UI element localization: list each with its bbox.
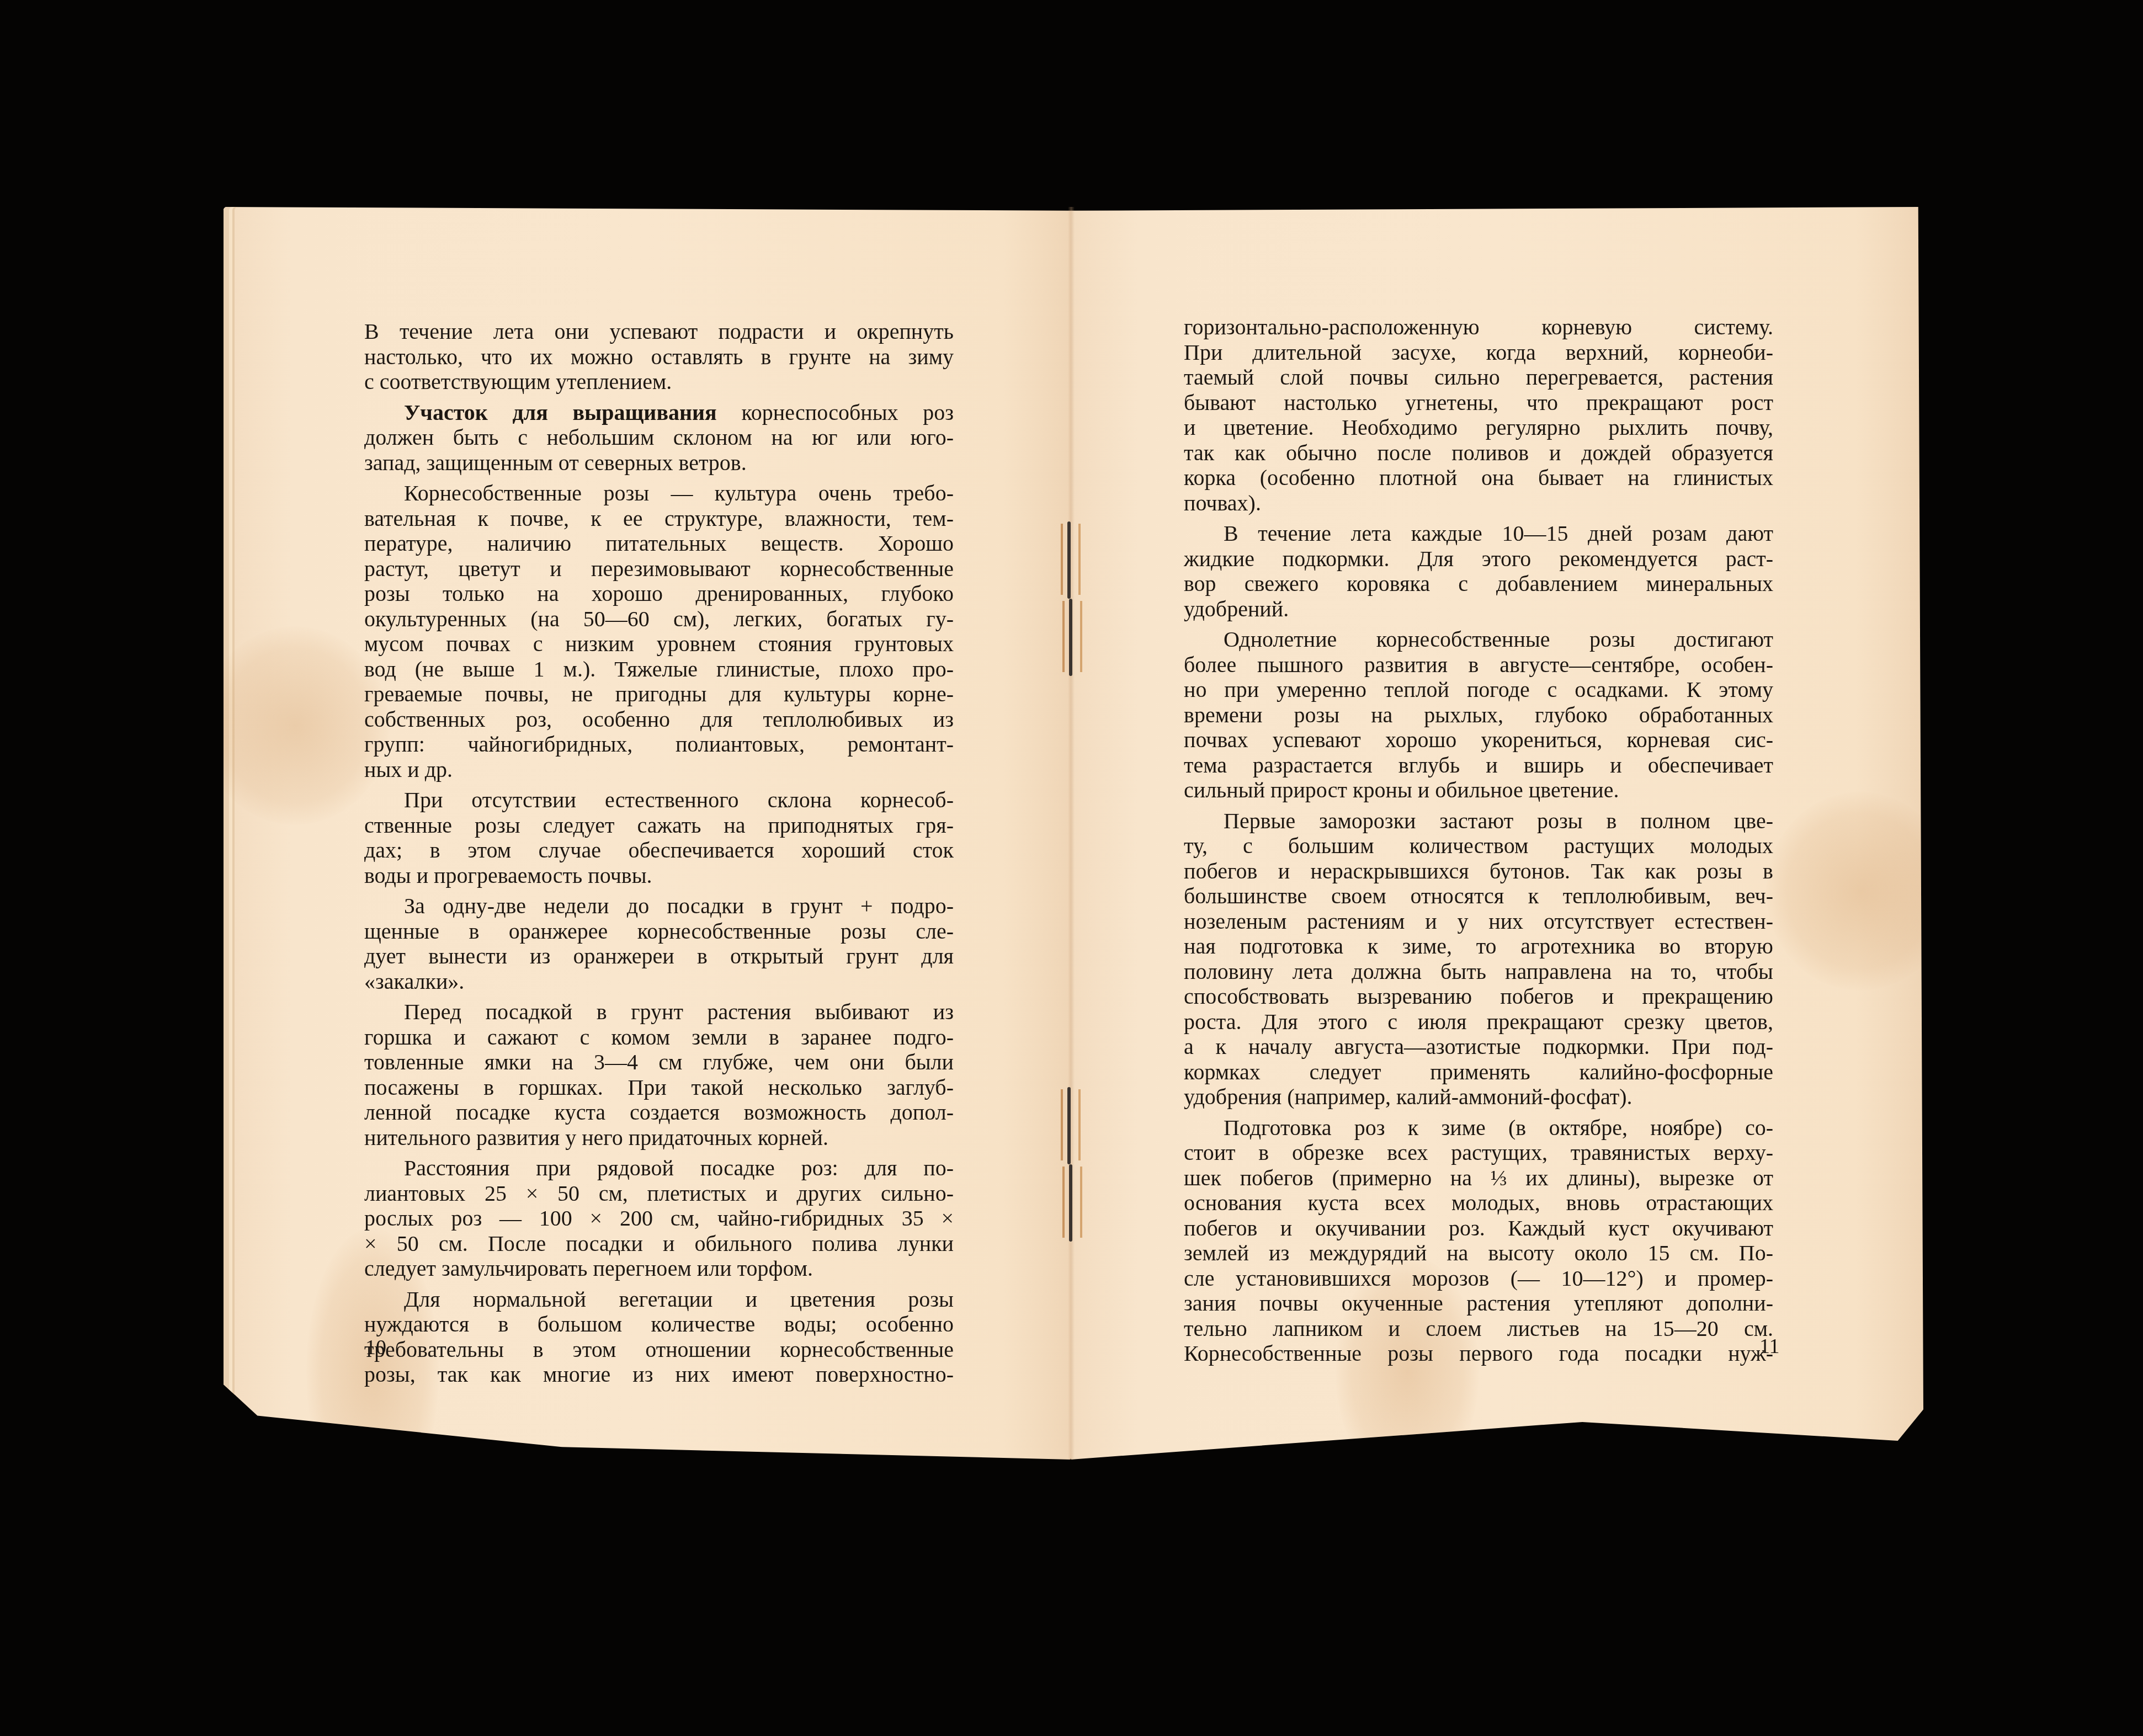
text-line: ная подготовка к зиме, то агротехника во…: [1184, 934, 1773, 959]
text-line: и цветение. Необходимо регулярно рыхлить…: [1184, 415, 1773, 440]
text-line: сильный прирост кроны и обильное цветени…: [1184, 778, 1773, 803]
text-line: греваемые почвы, не пригодны для культур…: [364, 681, 954, 707]
text-line: вательная к почве, к ее структуре, влажн…: [364, 506, 954, 531]
text-line: воды и прогреваемость почвы.: [364, 863, 954, 888]
text-line: За одну-две недели до посадки в грунт + …: [364, 893, 954, 919]
text-line: а к началу августа—азотистые подкормки. …: [1184, 1034, 1773, 1059]
text-line: бывают настолько угнетены, что прекращаю…: [1184, 390, 1773, 416]
text-line: собственных роз, особенно для теплолюбив…: [364, 707, 954, 732]
text-line: вор свежего коровяка с добавлением минер…: [1184, 571, 1773, 597]
text-line: ту, с большим количеством растущих молод…: [1184, 833, 1773, 859]
text-line: почвах успевают хорошо укорениться, корн…: [1184, 727, 1773, 753]
text-line: Корнесобственные розы — культура очень т…: [364, 481, 954, 506]
left-page: В течение лета они успевают подрасти и о…: [224, 207, 1071, 1460]
text-line: Участок для выращивания корнеспособных р…: [364, 400, 954, 425]
text-line: Расстояния при рядовой посадке роз: для …: [364, 1155, 954, 1181]
text-line: растут, цветут и перезимовывают корнесоб…: [364, 556, 954, 582]
text-line: окультуренных (на 50—60 см), легких, бог…: [364, 606, 954, 632]
water-stain: [201, 626, 389, 825]
text-line: нозеленым растениям и у них отсутствует …: [1184, 909, 1773, 934]
text-line: Перед посадкой в грунт растения выбивают…: [364, 999, 954, 1025]
text-line: землей из междурядий на высоту около 15 …: [1184, 1240, 1773, 1266]
text-line: но при умеренно теплой погоде с осадками…: [1184, 677, 1773, 702]
text-line: пературе, наличию питательных веществ. Х…: [364, 531, 954, 556]
text-line: Подготовка роз к зиме (в октябре, ноябре…: [1184, 1115, 1773, 1141]
text-line: тельно лапником и слоем листьев на 15—20…: [1184, 1316, 1773, 1341]
text-line: дует вынести из оранжереи в открытый гру…: [364, 944, 954, 969]
text-line: более пышного развития в августе—сентябр…: [1184, 652, 1773, 678]
text-line: стоит в обрезке всех растущих, травянист…: [1184, 1140, 1773, 1165]
text-line: должен быть с небольшим склоном на юг ил…: [364, 425, 954, 450]
right-page-text: горизонтально-расположенную корневую сис…: [1184, 315, 1773, 1366]
text-line: большинстве своем относятся к теплолюбив…: [1184, 883, 1773, 909]
text-line: При длительной засухе, когда верхний, ко…: [1184, 340, 1773, 365]
text-line: сле установившихся морозов (— 10—12°) и …: [1184, 1266, 1773, 1291]
left-page-text: В течение лета они успевают подрасти и о…: [364, 319, 954, 1387]
text-line: горизонтально-расположенную корневую сис…: [1184, 315, 1773, 340]
text-line: Первые заморозки застают розы в полном ц…: [1184, 808, 1773, 834]
text-line: «закалки».: [364, 969, 954, 994]
text-line: В течение лета каждые 10—15 дней розам д…: [1184, 521, 1773, 546]
text-line: требовательны в этом отношении корнесобс…: [364, 1337, 954, 1362]
text-line: основания куста всех молодых, вновь отра…: [1184, 1190, 1773, 1216]
text-line: времени розы на рыхлых, глубоко обработа…: [1184, 702, 1773, 728]
staple-icon: [1059, 1087, 1078, 1164]
text-line: щенные в оранжерее корнесобственные розы…: [364, 919, 954, 944]
text-line: способствовать вызреванию побегов и прек…: [1184, 984, 1773, 1009]
water-stain: [1766, 792, 1954, 991]
text-line: вод (не выше 1 м.). Тяжелые глинистые, п…: [364, 657, 954, 682]
text-line: × 50 см. После посадки и обильного полив…: [364, 1231, 954, 1256]
text-line: посажены в горшках. При такой несколько …: [364, 1075, 954, 1100]
text-line: жидкие подкормки. Для этого рекомендуетс…: [1184, 546, 1773, 572]
staple-icon: [1060, 599, 1080, 676]
text-line: почвах).: [1184, 491, 1773, 516]
text-line: тема разрастается вглубь и вширь и обесп…: [1184, 753, 1773, 778]
text-line: зания почвы окученные растения утепляют …: [1184, 1291, 1773, 1316]
text-line: розы, так как многие из них имеют поверх…: [364, 1362, 954, 1387]
text-line: с соответствующим утеплением.: [364, 369, 954, 395]
text-line: побегов и нераскрывшихся бутонов. Так ка…: [1184, 859, 1773, 884]
staple-icon: [1059, 521, 1078, 599]
staple-icon: [1060, 1164, 1080, 1242]
text-line: групп: чайногибридных, полиантовых, ремо…: [364, 732, 954, 757]
text-line: лиантовых 25 × 50 см, плетистых и других…: [364, 1181, 954, 1206]
text-line: ственные розы следует сажать на приподня…: [364, 813, 954, 838]
bold-heading: Участок для выращивания: [404, 400, 717, 425]
text-line: половину лета должна быть направлена на …: [1184, 959, 1773, 984]
text-line: розы только на хорошо дренированных, глу…: [364, 581, 954, 606]
text-line: шек побегов (примерно на ⅓ их длины), вы…: [1184, 1165, 1773, 1191]
text-line: При отсутствии естественного склона корн…: [364, 787, 954, 813]
text-line: побегов и окучивании роз. Каждый куст ок…: [1184, 1216, 1773, 1241]
text-line: горшка и сажают с комом земли в заранее …: [364, 1025, 954, 1050]
text-line: настолько, что их можно оставлять в грун…: [364, 344, 954, 370]
text-line: следует замульчировать перегноем или тор…: [364, 1256, 954, 1281]
text-line: дах; в этом случае обеспечивается хороши…: [364, 838, 954, 863]
text-line: нительного развития у него придаточных к…: [364, 1125, 954, 1151]
text-line: Для нормальной вегетации и цветения розы: [364, 1287, 954, 1312]
text-line: запад, защищенным от северных ветров.: [364, 450, 954, 476]
text-line: В течение лета они успевают подрасти и о…: [364, 319, 954, 344]
text-line: ленной посадке куста создается возможнос…: [364, 1100, 954, 1125]
text-line: удобрений.: [1184, 597, 1773, 622]
text-line: роста. Для этого с июля прекращают срезк…: [1184, 1009, 1773, 1035]
text-line: Однолетние корнесобственные розы достига…: [1184, 627, 1773, 652]
text-line: нуждаются в большом количестве воды; осо…: [364, 1312, 954, 1337]
text-line: мусом почвах с низким уровнем стояния гр…: [364, 631, 954, 657]
text-line: так как обычно после поливов и дождей об…: [1184, 440, 1773, 466]
text-line: удобрения (например, калий-аммоний-фосфа…: [1184, 1084, 1773, 1110]
text-line: ных и др.: [364, 757, 954, 782]
text-line: корка (особенно плотной она бывает на гл…: [1184, 465, 1773, 491]
text-line: Корнесобственные розы первого года посад…: [1184, 1341, 1773, 1366]
right-page: горизонтально-расположенную корневую сис…: [1071, 207, 1923, 1460]
text-line: кормках следует применять калийно-фосфор…: [1184, 1059, 1773, 1085]
page-number: 10: [365, 1335, 386, 1360]
spine-fold: [1068, 207, 1075, 1460]
page-number: 11: [1759, 1334, 1780, 1359]
text-line: товленные ямки на 3—4 см глубже, чем они…: [364, 1050, 954, 1075]
text-line: таемый слой почвы сильно перегревается, …: [1184, 365, 1773, 390]
text-line: рослых роз — 100 × 200 см, чайно-гибридн…: [364, 1206, 954, 1231]
open-booklet: В течение лета они успевают подрасти и о…: [224, 207, 1923, 1460]
